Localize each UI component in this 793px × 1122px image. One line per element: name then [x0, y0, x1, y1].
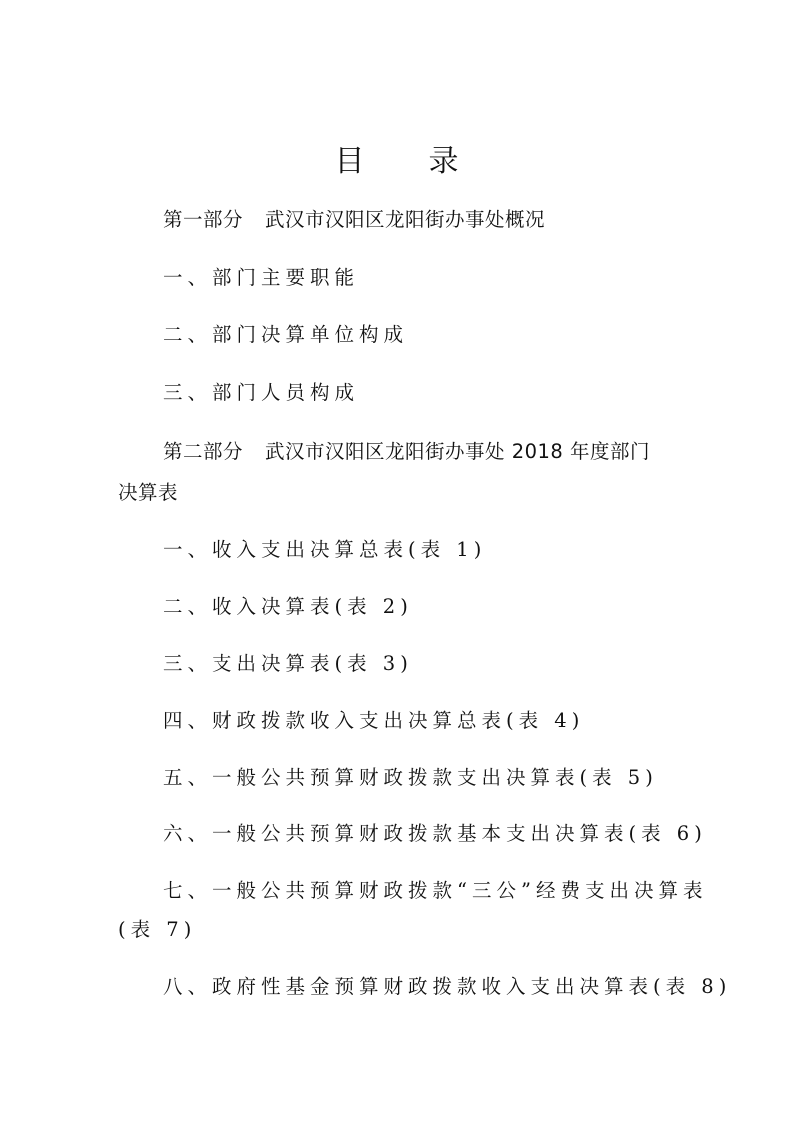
toc-part-2-continued[interactable]: 决算表 [118, 481, 178, 505]
toc-item[interactable]: 三、支出决算表(表 3) [163, 652, 413, 676]
page-title: 目录 [0, 136, 793, 180]
toc-item[interactable]: 三、部门人员构成 [163, 381, 359, 405]
toc-part-2[interactable]: 第二部分武汉市汉阳区龙阳街办事处 2018 年度部门 [163, 440, 650, 464]
toc-item[interactable]: 六、一般公共预算财政拨款基本支出决算表(表 6) [163, 822, 707, 846]
part-1-text: 武汉市汉阳区龙阳街办事处概况 [265, 208, 545, 231]
toc-item[interactable]: 二、收入决算表(表 2) [163, 595, 413, 619]
part-2-text: 武汉市汉阳区龙阳街办事处 2018 年度部门 [265, 440, 650, 463]
toc-part-1[interactable]: 第一部分武汉市汉阳区龙阳街办事处概况 [163, 208, 545, 232]
toc-item[interactable]: 四、财政拨款收入支出决算总表(表 4) [163, 709, 584, 733]
toc-item[interactable]: 一、部门主要职能 [163, 266, 359, 290]
toc-item-continued[interactable]: (表 7) [118, 918, 196, 942]
toc-item[interactable]: 一、收入支出决算总表(表 1) [163, 538, 486, 562]
toc-item[interactable]: 八、政府性基金预算财政拨款收入支出决算表(表 8) [163, 975, 731, 999]
toc-item[interactable]: 五、一般公共预算财政拨款支出决算表(表 5) [163, 766, 658, 790]
title-char-2: 录 [429, 136, 459, 180]
part-2-label: 第二部分 [163, 440, 243, 463]
toc-item[interactable]: 二、部门决算单位构成 [163, 323, 408, 347]
part-1-label: 第一部分 [163, 208, 243, 231]
title-char-1: 目 [335, 136, 365, 180]
document-page: 目录 第一部分武汉市汉阳区龙阳街办事处概况 一、部门主要职能 二、部门决算单位构… [0, 0, 793, 1122]
toc-item[interactable]: 七、一般公共预算财政拨款“三公”经费支出决算表 [163, 879, 707, 903]
